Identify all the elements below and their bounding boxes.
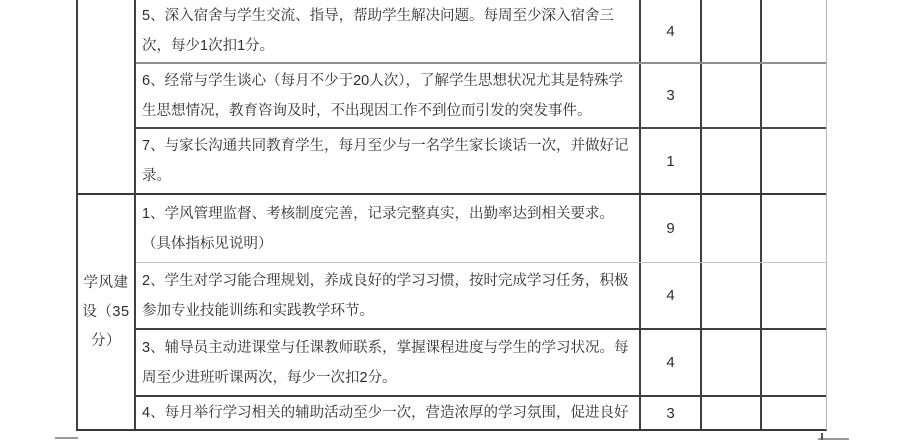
empty-score-cell: [762, 64, 826, 127]
criteria-rows: 5、深入宿舍与学生交流、指导，帮助学生解决问题。每周至少深入宿舍三 次，每少1次…: [136, 0, 826, 429]
empty-score-cell: [702, 64, 762, 127]
table-row: 4、每月举行学习相关的辅助活动至少一次，营造浓厚的学习氛围，促进良好 3: [136, 395, 826, 429]
criteria-text: 2、学生对学习能合理规划，养成良好的学习习惯，按时完成学习任务，积极 参加专业技…: [136, 263, 641, 328]
page-cut-artifact-right-tick: [821, 433, 823, 440]
document-page: 学风建 设（35 分） 5、深入宿舍与学生交流、指导，帮助学生解决问题。每周至少…: [0, 0, 900, 442]
table-row: 2、学生对学习能合理规划，养成良好的学习习惯，按时完成学习任务，积极 参加专业技…: [136, 262, 826, 328]
score-value: 3: [641, 397, 702, 429]
score-value: 1: [641, 129, 702, 193]
criteria-text: 6、经常与学生谈心（每月不少于20人次），了解学生思想状况尤其是特殊学 生思想情…: [136, 64, 641, 127]
category-cell-study-style: 学风建 设（35 分）: [78, 193, 134, 429]
page-cut-artifact-left: [55, 437, 78, 439]
criteria-text: 4、每月举行学习相关的辅助活动至少一次，营造浓厚的学习氛围，促进良好: [136, 397, 641, 429]
empty-score-cell: [762, 195, 826, 262]
table-row: 7、与家长沟通共同教育学生，每月至少与一名学生家长谈话一次，并做好记 录。 1: [136, 127, 826, 193]
category-column: 学风建 设（35 分）: [78, 0, 136, 429]
score-value: 4: [641, 0, 702, 62]
table-row: 1、学风管理监督、考核制度完善，记录完整真实，出勤率达到相关要求。 （具体指标见…: [136, 193, 826, 262]
empty-score-cell: [702, 129, 762, 193]
empty-score-cell: [762, 0, 826, 62]
empty-score-cell: [702, 263, 762, 328]
score-value: 3: [641, 64, 702, 127]
evaluation-table: 学风建 设（35 分） 5、深入宿舍与学生交流、指导，帮助学生解决问题。每周至少…: [76, 0, 827, 431]
empty-score-cell: [762, 129, 826, 193]
category-cell-upper: [78, 0, 134, 193]
empty-score-cell: [702, 397, 762, 429]
empty-score-cell: [702, 330, 762, 395]
empty-score-cell: [702, 195, 762, 262]
empty-score-cell: [762, 397, 826, 429]
empty-score-cell: [762, 263, 826, 328]
empty-score-cell: [702, 0, 762, 62]
score-value: 4: [641, 330, 702, 395]
table-row: 5、深入宿舍与学生交流、指导，帮助学生解决问题。每周至少深入宿舍三 次，每少1次…: [136, 0, 826, 62]
table-row: 6、经常与学生谈心（每月不少于20人次），了解学生思想状况尤其是特殊学 生思想情…: [136, 62, 826, 127]
criteria-text: 3、辅导员主动进课堂与任课教师联系，掌握课程进度与学生的学习状况。每 周至少进班…: [136, 330, 641, 395]
criteria-text: 1、学风管理监督、考核制度完善，记录完整真实，出勤率达到相关要求。 （具体指标见…: [136, 195, 641, 262]
score-value: 9: [641, 195, 702, 262]
criteria-text: 5、深入宿舍与学生交流、指导，帮助学生解决问题。每周至少深入宿舍三 次，每少1次…: [136, 0, 641, 62]
criteria-text: 7、与家长沟通共同教育学生，每月至少与一名学生家长谈话一次，并做好记 录。: [136, 129, 641, 193]
table-row: 3、辅导员主动进课堂与任课教师联系，掌握课程进度与学生的学习状况。每 周至少进班…: [136, 328, 826, 395]
empty-score-cell: [762, 330, 826, 395]
score-value: 4: [641, 263, 702, 328]
